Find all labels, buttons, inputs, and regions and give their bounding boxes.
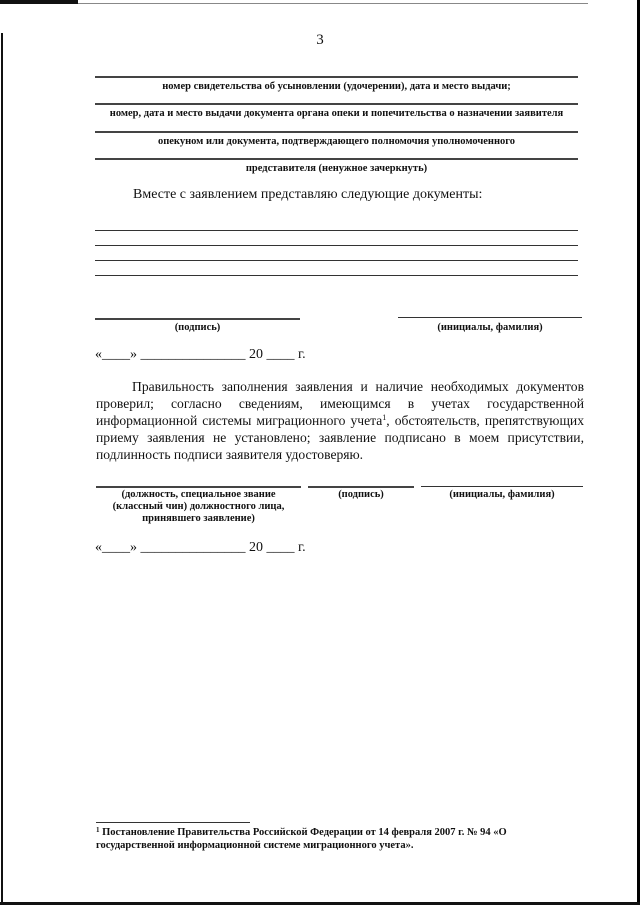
official-position-line[interactable] bbox=[96, 486, 301, 488]
caption-guardianship-document: номер, дата и место выдачи документа орг… bbox=[95, 108, 578, 120]
fill-line-adoption-certificate[interactable] bbox=[95, 76, 578, 78]
fill-line-guardian-authority[interactable] bbox=[95, 131, 578, 133]
documents-heading: Вместе с заявлением представляю следующи… bbox=[133, 187, 482, 203]
applicant-date-line[interactable]: «____» _______________ 20 ____ г. bbox=[95, 347, 306, 363]
scan-edge-left bbox=[1, 33, 3, 905]
official-name-line[interactable] bbox=[421, 486, 583, 487]
verification-paragraph: Правильность заполнения заявления и нали… bbox=[96, 378, 584, 463]
document-page: 3 номер свидетельства об усыновлении (уд… bbox=[0, 0, 640, 905]
documents-line-3[interactable] bbox=[95, 260, 578, 261]
fill-line-representative[interactable] bbox=[95, 158, 578, 160]
applicant-signature-caption: (подпись) bbox=[95, 322, 300, 334]
caption-representative: представителя (ненужное зачеркнуть) bbox=[95, 163, 578, 175]
official-date-line[interactable]: «____» _______________ 20 ____ г. bbox=[95, 540, 306, 556]
footnote-text: Постановление Правительства Российской Ф… bbox=[96, 827, 507, 851]
applicant-name-line[interactable] bbox=[398, 317, 582, 318]
page-number: 3 bbox=[0, 32, 640, 49]
documents-line-2[interactable] bbox=[95, 245, 578, 246]
footnote-separator bbox=[96, 822, 250, 823]
applicant-signature-line[interactable] bbox=[95, 318, 300, 320]
documents-line-4[interactable] bbox=[95, 275, 578, 276]
official-position-caption: (должность, специальное звание (классный… bbox=[96, 489, 301, 525]
official-signature-line[interactable] bbox=[308, 486, 414, 488]
documents-line-1[interactable] bbox=[95, 230, 578, 231]
caption-adoption-certificate: номер свидетельства об усыновлении (удоч… bbox=[95, 81, 578, 93]
scan-edge-top-line bbox=[78, 3, 588, 4]
official-name-caption: (инициалы, фамилия) bbox=[421, 489, 583, 501]
applicant-name-caption: (инициалы, фамилия) bbox=[398, 322, 582, 334]
official-signature-caption: (подпись) bbox=[308, 489, 414, 501]
scan-edge-top bbox=[0, 0, 78, 4]
footnote: 1 Постановление Правительства Российской… bbox=[96, 826, 586, 852]
caption-guardian-authority: опекуном или документа, подтверждающего … bbox=[95, 136, 578, 148]
footnote-marker: 1 bbox=[96, 826, 100, 834]
fill-line-guardianship-document[interactable] bbox=[95, 103, 578, 105]
